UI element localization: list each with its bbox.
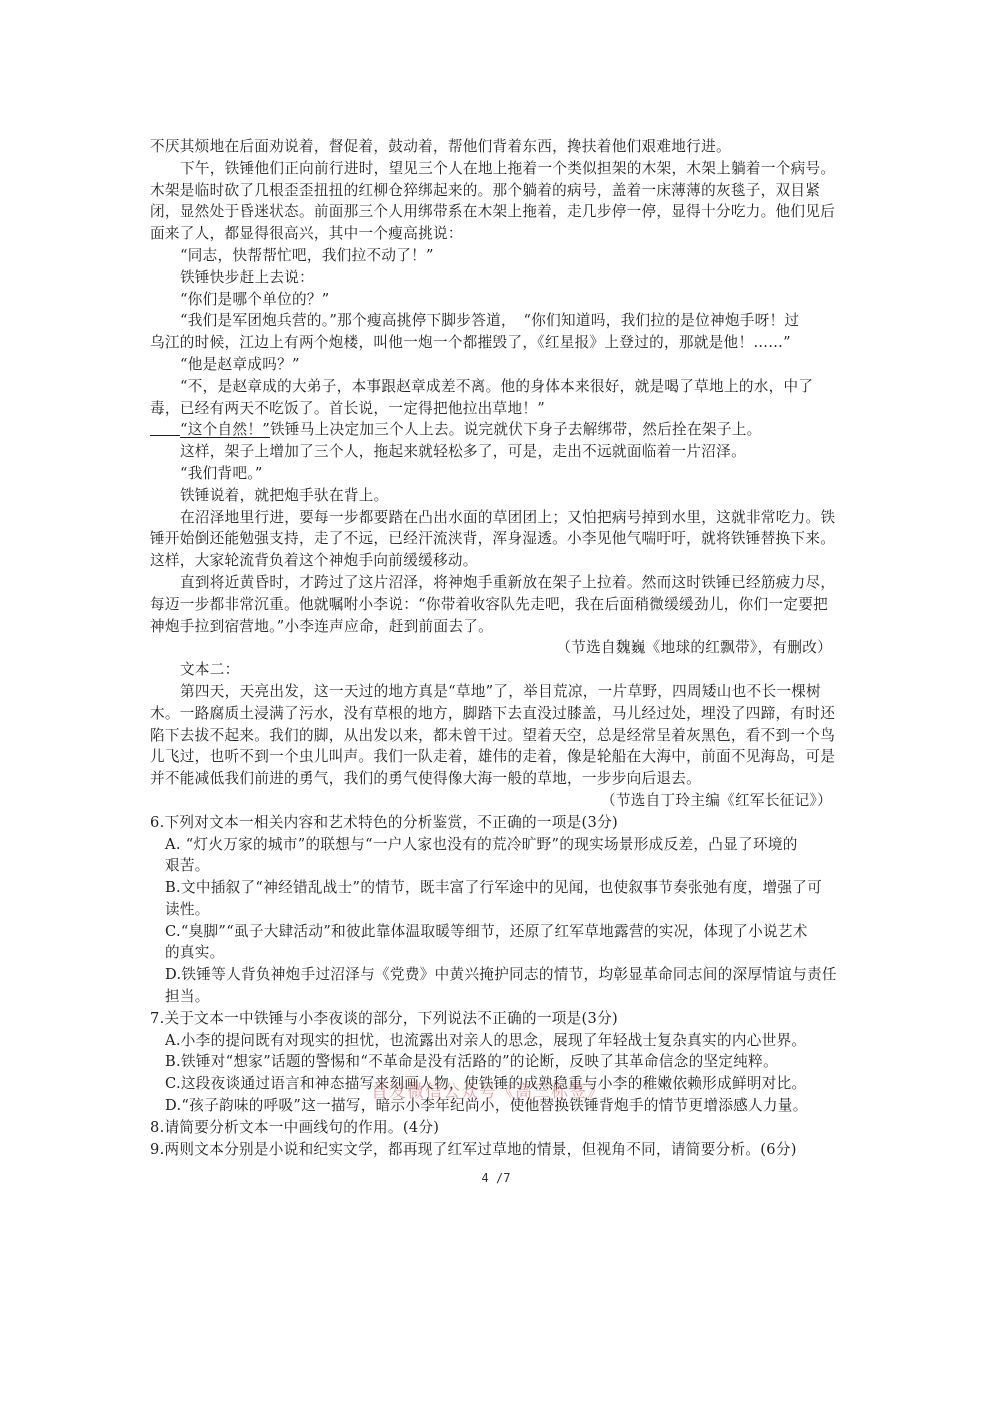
page-number: 4 /7	[0, 1171, 992, 1185]
text1-line: 每迈一步都非常沉重。他就嘱咐小李说：“你带着收容队先走吧，我在后面稍微缓缓劲儿，…	[150, 594, 844, 616]
question-7-stem: 7.关于文本一中铁锤与小李夜谈的部分，下列说法不正确的一项是(3分)	[150, 1008, 844, 1030]
question-7-option-b: B.铁锤对“想家”话题的警惕和“不革命是没有活路的”的论断，反映了其革命信念的坚…	[150, 1051, 844, 1073]
text1-line: 毒，已经有两天不吃饭了。首长说，一定得把他拉出草地！”	[150, 398, 844, 420]
question-6-option-b-cont: 读性。	[150, 899, 844, 921]
dialogue-line: “不，是赵章成的大弟子，本事跟赵章成差不离。他的身体本来很好，就是喝了草地上的水…	[150, 376, 844, 398]
text2-line: 陷下去拔不起来。我们的脚，从出发以来，都未曾干过。望着天空，总是经常呈着灰黑色，…	[150, 725, 844, 747]
underlined-sentence-line: “这个自然！”铁锤马上决定加三个人上去。说完就伏下身子去解绑带，然后拴在架子上。	[150, 419, 844, 441]
text1-line: 下午，铁锤他们正向前行进时，望见三个人在地上拖着一个类似担架的木架，木架上躺着一…	[150, 158, 844, 180]
text1-line: 这样，架子上增加了三个人，拖起来就轻松多了，可是，走出不远就面临着一片沼泽。	[150, 441, 844, 463]
text1-line: 铁锤说着，就把炮手驮在背上。	[150, 485, 844, 507]
text1-source: （节选自魏巍《地球的红飘带》，有删改）	[150, 637, 844, 659]
text2-line: 木。一路腐质土浸满了污水，没有草根的地方，脚踏下去直没过膝盖，马儿经过处，埋没了…	[150, 703, 844, 725]
question-6-option-d-cont: 担当。	[150, 986, 844, 1008]
text1-line: 锤开始倒还能勉强支持，走了不远，已经汗流浃背，浑身湿透。小李见他气喘吁吁，就将铁…	[150, 528, 844, 550]
underlined-sentence: “这个自然！”	[180, 421, 270, 438]
question-7-option-a: A.小李的提问既有对现实的担忧，也流露出对亲人的思念，展现了年轻战士复杂真实的内…	[150, 1030, 844, 1052]
question-6-option-a-cont: 艰苦。	[150, 855, 844, 877]
text1-line: 直到将近黄昏时，才跨过了这片沼泽，将神炮手重新放在架子上拉着。然而这时铁锤已经筋…	[150, 572, 844, 594]
text2-line: 并不能减低我们前进的勇气，我们的勇气使得像大海一般的草地，一步步向后退去。	[150, 768, 844, 790]
dialogue-line: “我们背吧。”	[150, 463, 844, 485]
watermark: 首发微信公众号《高三标签》	[371, 1077, 605, 1102]
question-6-option-c-cont: 的真实。	[150, 942, 844, 964]
dialogue-line: “我们是军团炮兵营的。”那个瘦高挑停下脚步答道， “你们知道吗，我们拉的是位神炮…	[150, 310, 844, 332]
question-8: 8.请简要分析文本一中画线句的作用。(4分)	[150, 1117, 844, 1139]
question-9: 9.两则文本分别是小说和纪实文学，都再现了红军过草地的情景，但视角不同，请简要分…	[150, 1139, 844, 1161]
underlined-sentence-rest: 铁锤马上决定加三个人上去。说完就伏下身子去解绑带，然后拴在架子上。	[270, 421, 762, 438]
text2-heading: 文本二：	[150, 659, 844, 681]
question-6-option-d: D.铁锤等人背负神炮手过沼泽与《党费》中黄兴掩护同志的情节，均彰显革命同志间的深…	[150, 964, 844, 986]
text1-line: 铁锤快步赶上去说：	[150, 267, 844, 289]
text1-line: 面来了人，都显得很高兴，其中一个瘦高挑说：	[150, 223, 844, 245]
text1-line: 木架是临时砍了几根歪歪扭扭的红柳仓猝绑起来的。那个躺着的病号，盖着一床薄薄的灰毯…	[150, 180, 844, 202]
text2-source: （节选自丁玲主编《红军长征记》）	[150, 790, 844, 812]
document-page: 不厌其烦地在后面劝说着，督促着，鼓动着，帮他们背着东西，搀扶着他们艰难地行进。 …	[150, 136, 844, 1160]
text2-line: 第四天，天亮出发，这一天过的地方真是“草地”了，举目荒凉，一片草野，四周矮山也不…	[150, 681, 844, 703]
dialogue-line: “同志，快帮帮忙吧，我们拉不动了！”	[150, 245, 844, 267]
dialogue-line: “他是赵章成吗？”	[150, 354, 844, 376]
text2-line: 儿飞过，也听不到一个虫儿叫声。我们一队走着，雄伟的走着，像是轮船在大海中，前面不…	[150, 746, 844, 768]
question-6-option-c: C.“臭脚”“虱子大肆活动”和彼此靠体温取暖等细节，还原了红军草地露营的实况，体…	[150, 921, 844, 943]
text1-line: 不厌其烦地在后面劝说着，督促着，鼓动着，帮他们背着东西，搀扶着他们艰难地行进。	[150, 136, 844, 158]
text1-line: 乌江的时候，江边上有两个炮楼，叫他一炮一个都摧毁了，《红星报》上登过的，那就是他…	[150, 332, 844, 354]
text1-line: 闭，显然处于昏迷状态。前面那三个人用绑带系在木架上拖着，走几步停一停，显得十分吃…	[150, 201, 844, 223]
underline-lead	[150, 419, 180, 436]
question-6-stem: 6.下列对文本一相关内容和艺术特色的分析鉴赏，不正确的一项是(3分)	[150, 812, 844, 834]
question-6-option-b: B.文中插叙了“神经错乱战士”的情节，既丰富了行军途中的见闻，也使叙事节奏张弛有…	[150, 877, 844, 899]
question-6-option-a: A. “灯火万家的城市”的联想与“一户人家也没有的荒冷旷野”的现实场景形成反差，…	[150, 834, 844, 856]
text1-line: 神炮手拉到宿营地。”小李连声应命，赶到前面去了。	[150, 616, 844, 638]
dialogue-line: “你们是哪个单位的？”	[150, 289, 844, 311]
text1-line: 在沼泽地里行进，要每一步都要踏在凸出水面的草团团上；又怕把病号掉到水里，这就非常…	[150, 507, 844, 529]
text1-line: 这样，大家轮流背负着这个神炮手向前缓缓移动。	[150, 550, 844, 572]
